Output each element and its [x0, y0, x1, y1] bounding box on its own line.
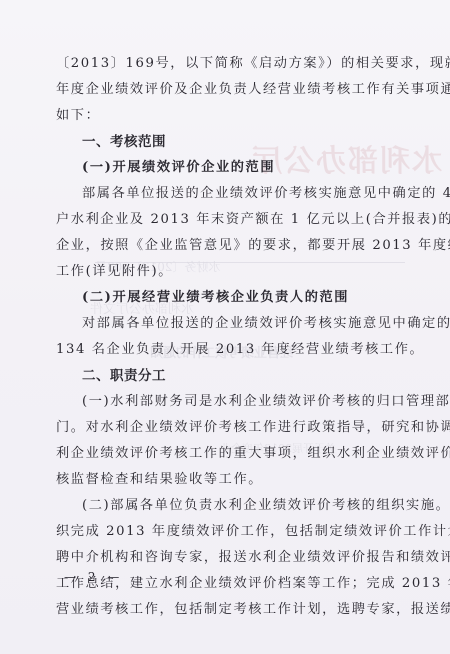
paragraph-line: 核监督检查和结果验收等工作。 [56, 467, 406, 493]
paragraph-line: (二)部属各单位负责水利企业绩效评价考核的组织实施。组 [56, 493, 406, 519]
paragraph-line: 对部属各单位报送的企业绩效评价考核实施意见中确定的 [56, 311, 406, 337]
paragraph-line: 134 名企业负责人开展 2013 年度经营业绩考核工作。 [56, 337, 406, 363]
paragraph-line: 聘中介机构和咨询专家，报送水利企业绩效评价报告和绩效评价 [56, 545, 406, 571]
paragraph-line: 门。对水利企业绩效评价考核工作进行政策指导，研究和协调水 [56, 415, 406, 441]
paragraph-line: 〔2013〕169号，以下简称《启动方案》）的相关要求，现就开展 2013 [56, 51, 406, 77]
page-number: — 2 — [64, 570, 123, 584]
paragraph-line: 如下： [56, 103, 406, 129]
paragraph-line: 年度企业绩效评价及企业负责人经营业绩考核工作有关事项通知 [56, 77, 406, 103]
paragraph-line: 企业，按照《企业监管意见》的要求，都要开展 2013 年度绩效评价 [56, 233, 406, 259]
subsection-heading-evaluation-scope: (一)开展绩效评价企业的范围 [56, 155, 406, 181]
paragraph-line: 工作(详见附件)。 [56, 259, 406, 285]
section-heading-scope: 一、考核范围 [56, 129, 406, 155]
section-heading-responsibilities: 二、职责分工 [56, 363, 406, 389]
document-body: 〔2013〕169号，以下简称《启动方案》）的相关要求，现就开展 2013 年度… [56, 51, 406, 623]
document-page: 水利部办公厅 水财务〔2013〕503号 水利部办公厅文件 经营业绩考核工作的通… [0, 0, 450, 654]
paragraph-line: (一)水利部财务司是水利企业绩效评价考核的归口管理部 [56, 389, 406, 415]
paragraph-line: 营业绩考核工作，包括制定考核工作计划，选聘专家，报送绩效评 [56, 597, 406, 623]
paragraph-line: 织完成 2013 年度绩效评价工作，包括制定绩效评价工作计划，选 [56, 519, 406, 545]
paragraph-line: 利企业绩效评价考核工作的重大事项，组织水利企业绩效评价考 [56, 441, 406, 467]
paragraph-line: 部属各单位报送的企业绩效评价考核实施意见中确定的 41 [56, 181, 406, 207]
subsection-heading-assessment-scope: (二)开展经营业绩考核企业负责人的范围 [56, 285, 406, 311]
paragraph-line: 户水利企业及 2013 年末资产额在 1 亿元以上(合并报表)的水利 [56, 207, 406, 233]
